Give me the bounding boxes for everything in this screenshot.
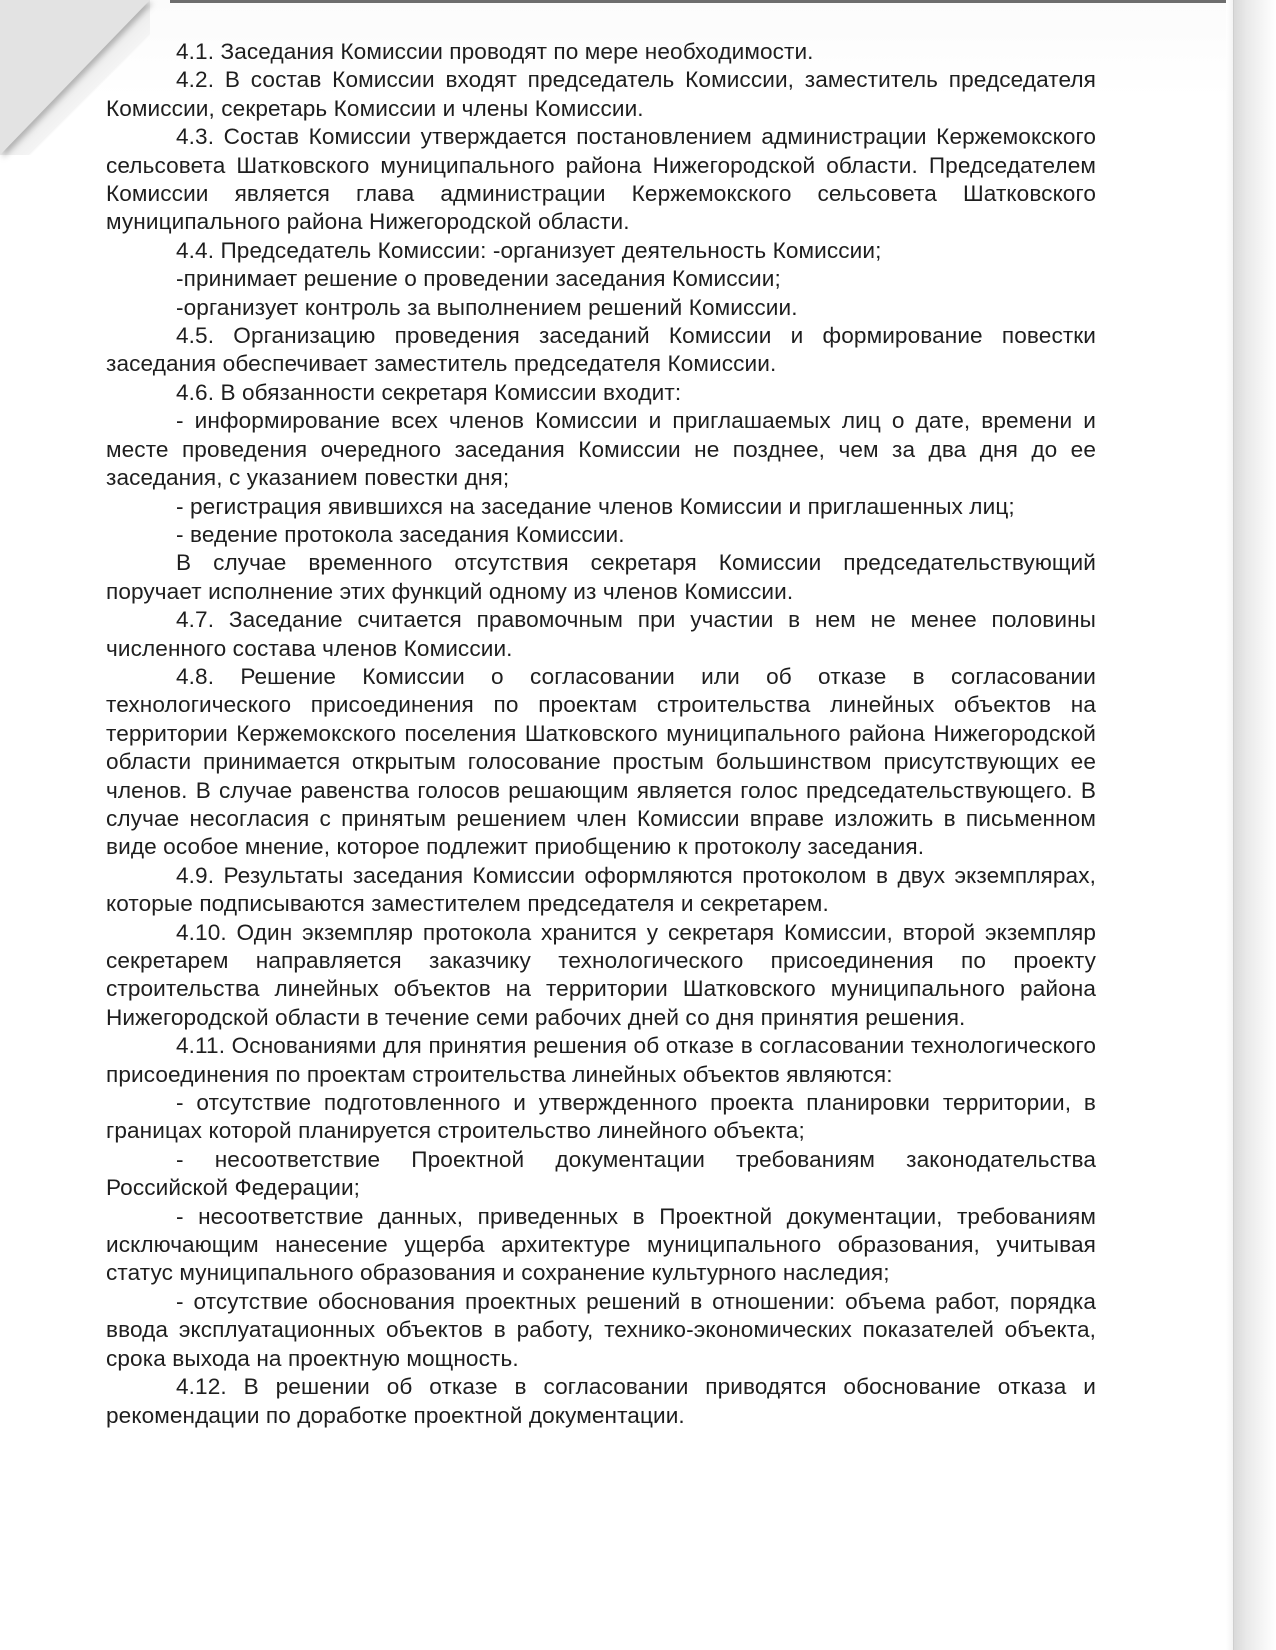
clause-4-12: 4.12. В решении об отказе в согласовании… — [106, 1373, 1096, 1430]
clause-4-4: 4.4. Председатель Комиссии: -организует … — [106, 237, 1096, 265]
clause-4-11: 4.11. Основаниями для принятия решения о… — [106, 1032, 1096, 1089]
clause-4-11-item-4: - отсутствие обоснования проектных решен… — [106, 1288, 1096, 1373]
clause-4-6: 4.6. В обязанности секретаря Комиссии вх… — [106, 379, 1096, 407]
page-top-edge — [170, 0, 1230, 3]
clause-4-2: 4.2. В состав Комиссии входят председате… — [106, 66, 1096, 123]
clause-4-4-item-1: -принимает решение о проведении заседани… — [106, 265, 1096, 293]
scanned-page: 4.1. Заседания Комиссии проводят по мере… — [0, 0, 1276, 1650]
clause-4-8: 4.8. Решение Комиссии о согласовании или… — [106, 663, 1096, 862]
clause-4-6-note: В случае временного отсутствия секретаря… — [106, 549, 1096, 606]
clause-4-6-item-1: - информирование всех членов Комиссии и … — [106, 407, 1096, 492]
clause-4-9: 4.9. Результаты заседания Комиссии оформ… — [106, 862, 1096, 919]
clause-4-4-item-2: -организует контроль за выполнением реше… — [106, 294, 1096, 322]
clause-4-5: 4.5. Организацию проведения заседаний Ко… — [106, 322, 1096, 379]
clause-4-11-item-1: - отсутствие подготовленного и утвержден… — [106, 1089, 1096, 1146]
page-right-edge-strip — [1233, 0, 1276, 1650]
clause-4-6-item-3: - ведение протокола заседания Комиссии. — [106, 521, 1096, 549]
clause-4-11-item-3: - несоответствие данных, приведенных в П… — [106, 1203, 1096, 1288]
clause-4-10: 4.10. Один экземпляр протокола хранится … — [106, 919, 1096, 1033]
clause-4-1: 4.1. Заседания Комиссии проводят по мере… — [106, 38, 1096, 66]
clause-4-11-item-2: - несоответствие Проектной документации … — [106, 1146, 1096, 1203]
clause-4-7: 4.7. Заседание считается правомочным при… — [106, 606, 1096, 663]
clause-4-6-item-2: - регистрация явившихся на заседание чле… — [106, 493, 1096, 521]
clause-4-3: 4.3. Состав Комиссии утверждается постан… — [106, 123, 1096, 237]
document-body: 4.1. Заседания Комиссии проводят по мере… — [106, 38, 1096, 1430]
